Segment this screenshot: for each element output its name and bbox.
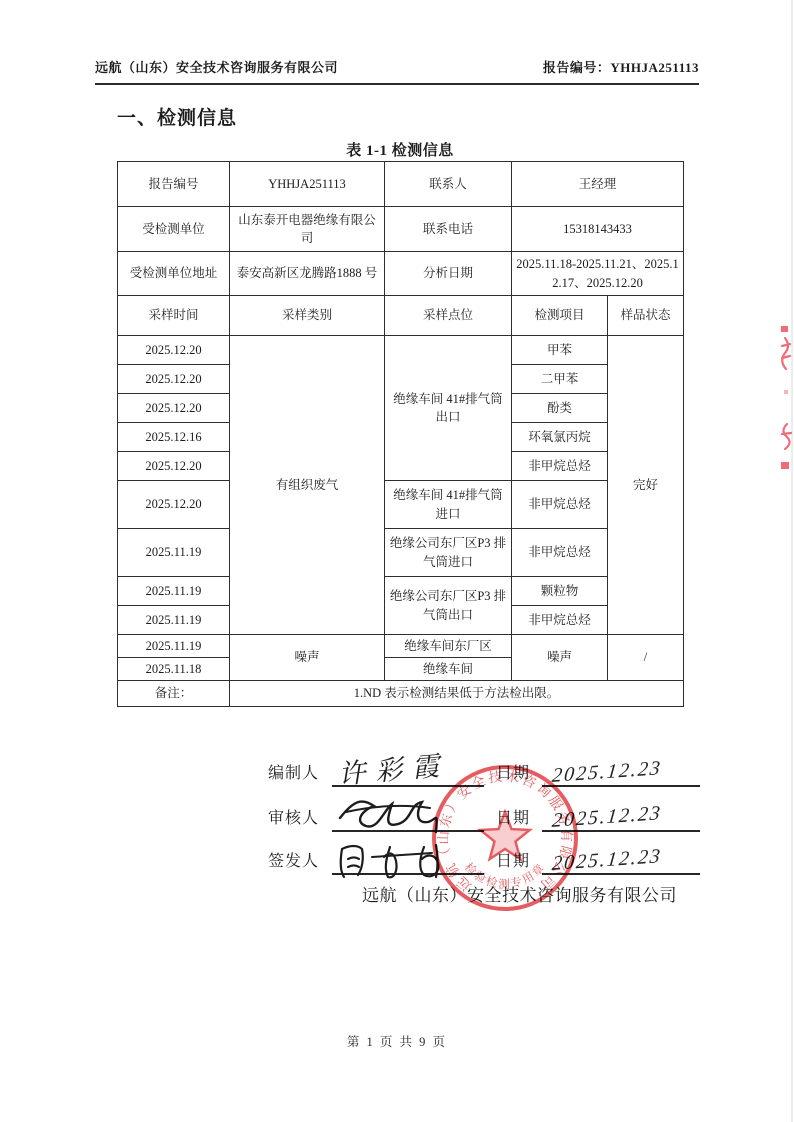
- section-title: 一、检测信息: [117, 103, 237, 130]
- remark-text: 1.ND 表示检测结果低于方法检出限。: [230, 681, 684, 707]
- table-row: 2025.11.19 绝缘公司东厂区P3 排气筒出口 颗粒物: [118, 577, 684, 606]
- sample-point: 绝缘车间东厂区: [385, 635, 512, 658]
- report-no-label: 报告编号: [118, 162, 230, 207]
- scan-edge-artifact: [791, 0, 793, 1122]
- signoff-company-name: 远航（山东）安全技术咨询服务有限公司: [347, 881, 692, 906]
- issuer-signature: [332, 835, 480, 881]
- signoff-row-preparer: 编制人 许彩霞 日期 2025.12.23: [268, 745, 700, 787]
- report-no-value: YHHJA251113: [230, 162, 385, 207]
- phone-value: 15318143433: [512, 207, 684, 252]
- column-header: 采样类别: [230, 296, 385, 336]
- inspection-info-table: 报告编号 YHHJA251113 联系人 王经理 受检测单位 山东泰开电器绝缘有…: [117, 161, 684, 707]
- column-header: 采样点位: [385, 296, 512, 336]
- test-item: 非甲烷总烃: [512, 481, 608, 529]
- issuer-date-line: 2025.12.23: [542, 833, 700, 875]
- preparer-signature-line: 许彩霞: [332, 745, 484, 787]
- test-item: 甲苯: [512, 336, 608, 365]
- table-row: 报告编号 YHHJA251113 联系人 王经理: [118, 162, 684, 207]
- sample-date: 2025.11.19: [118, 577, 230, 606]
- unit-label: 受检测单位: [118, 207, 230, 252]
- test-item: 噪声: [512, 635, 608, 681]
- table-row: 受检测单位地址 泰安高新区龙腾路1888 号 分析日期 2025.11.18-2…: [118, 252, 684, 296]
- sample-status: /: [608, 635, 684, 681]
- analysis-date-label: 分析日期: [385, 252, 512, 296]
- sample-date: 2025.12.20: [118, 481, 230, 529]
- reviewer-role-label: 审核人: [268, 805, 324, 832]
- table-header-row: 采样时间 采样类别 采样点位 检测项目 样品状态: [118, 296, 684, 336]
- address-label: 受检测单位地址: [118, 252, 230, 296]
- sample-date: 2025.11.19: [118, 635, 230, 658]
- reviewer-signature: [332, 792, 480, 838]
- table-row: 2025.11.19 绝缘公司东厂区P3 排气筒进口 非甲烷总烃: [118, 529, 684, 577]
- issuer-date-handwritten: 2025.12.23: [551, 845, 663, 876]
- test-item: 环氧氯丙烷: [512, 423, 608, 452]
- sample-date: 2025.12.20: [118, 452, 230, 481]
- test-item: 非甲烷总烃: [512, 452, 608, 481]
- sample-date: 2025.11.19: [118, 606, 230, 635]
- header-report-number: 报告编号：YHHJA251113: [543, 57, 699, 76]
- table-remark-row: 备注： 1.ND 表示检测结果低于方法检出限。: [118, 681, 684, 707]
- sample-date: 2025.11.19: [118, 529, 230, 577]
- column-header: 检测项目: [512, 296, 608, 336]
- contact-value: 王经理: [512, 162, 684, 207]
- document-page: 远航（山东）安全技术咨询服务有限公司 报告编号：YHHJA251113 一、检测…: [0, 0, 794, 1122]
- date-label: 日期: [484, 805, 534, 832]
- contact-label: 联系人: [385, 162, 512, 207]
- date-label: 日期: [484, 760, 534, 787]
- sample-point: 绝缘公司东厂区P3 排气筒出口: [385, 577, 512, 635]
- sample-category: 有组织废气: [230, 336, 385, 635]
- remark-label: 备注：: [118, 681, 230, 707]
- issuer-signature-line: [332, 833, 484, 875]
- preparer-date-line: 2025.12.23: [542, 745, 700, 787]
- phone-label: 联系电话: [385, 207, 512, 252]
- document-header: 远航（山东）安全技术咨询服务有限公司 报告编号：YHHJA251113: [95, 57, 699, 85]
- column-header: 采样时间: [118, 296, 230, 336]
- reviewer-signature-line: [332, 790, 484, 832]
- sample-date: 2025.12.20: [118, 336, 230, 365]
- preparer-signature: 许彩霞: [337, 743, 451, 792]
- preparer-date-handwritten: 2025.12.23: [551, 757, 663, 788]
- table-row: 2025.11.19 噪声 绝缘车间东厂区 噪声 /: [118, 635, 684, 658]
- address-value: 泰安高新区龙腾路1888 号: [230, 252, 385, 296]
- date-label: 日期: [484, 848, 534, 875]
- sample-date: 2025.12.20: [118, 365, 230, 394]
- sample-point: 绝缘公司东厂区P3 排气筒进口: [385, 529, 512, 577]
- sample-date: 2025.11.18: [118, 658, 230, 681]
- test-item: 非甲烷总烃: [512, 529, 608, 577]
- table-caption: 表 1-1 检测信息: [117, 139, 683, 160]
- preparer-role-label: 编制人: [268, 760, 324, 787]
- sample-point: 绝缘车间 41#排气筒进口: [385, 481, 512, 529]
- table-row: 2025.12.20 有组织废气 绝缘车间 41#排气筒出口 甲苯 完好: [118, 336, 684, 365]
- unit-value: 山东泰开电器绝缘有限公司: [230, 207, 385, 252]
- analysis-date-value: 2025.11.18-2025.11.21、2025.12.17、2025.12…: [512, 252, 684, 296]
- test-item: 非甲烷总烃: [512, 606, 608, 635]
- reviewer-date-line: 2025.12.23: [542, 790, 700, 832]
- sample-category: 噪声: [230, 635, 385, 681]
- test-item: 酚类: [512, 394, 608, 423]
- test-item: 二甲苯: [512, 365, 608, 394]
- signoff-row-reviewer: 审核人 日期 2025.12.23: [268, 790, 700, 832]
- page-number: 第 1 页 共 9 页: [0, 1032, 794, 1050]
- column-header: 样品状态: [608, 296, 684, 336]
- signoff-row-issuer: 签发人 日期 2025.12.23: [268, 833, 700, 875]
- test-item: 颗粒物: [512, 577, 608, 606]
- header-company-name: 远航（山东）安全技术咨询服务有限公司: [95, 57, 338, 76]
- sample-date: 2025.12.16: [118, 423, 230, 452]
- sample-date: 2025.12.20: [118, 394, 230, 423]
- sample-status: 完好: [608, 336, 684, 635]
- sample-point: 绝缘车间: [385, 658, 512, 681]
- table-row: 2025.12.20 绝缘车间 41#排气筒进口 非甲烷总烃: [118, 481, 684, 529]
- sample-point: 绝缘车间 41#排气筒出口: [385, 336, 512, 481]
- reviewer-date-handwritten: 2025.12.23: [551, 802, 663, 833]
- table-row: 受检测单位 山东泰开电器绝缘有限公司 联系电话 15318143433: [118, 207, 684, 252]
- issuer-role-label: 签发人: [268, 848, 324, 875]
